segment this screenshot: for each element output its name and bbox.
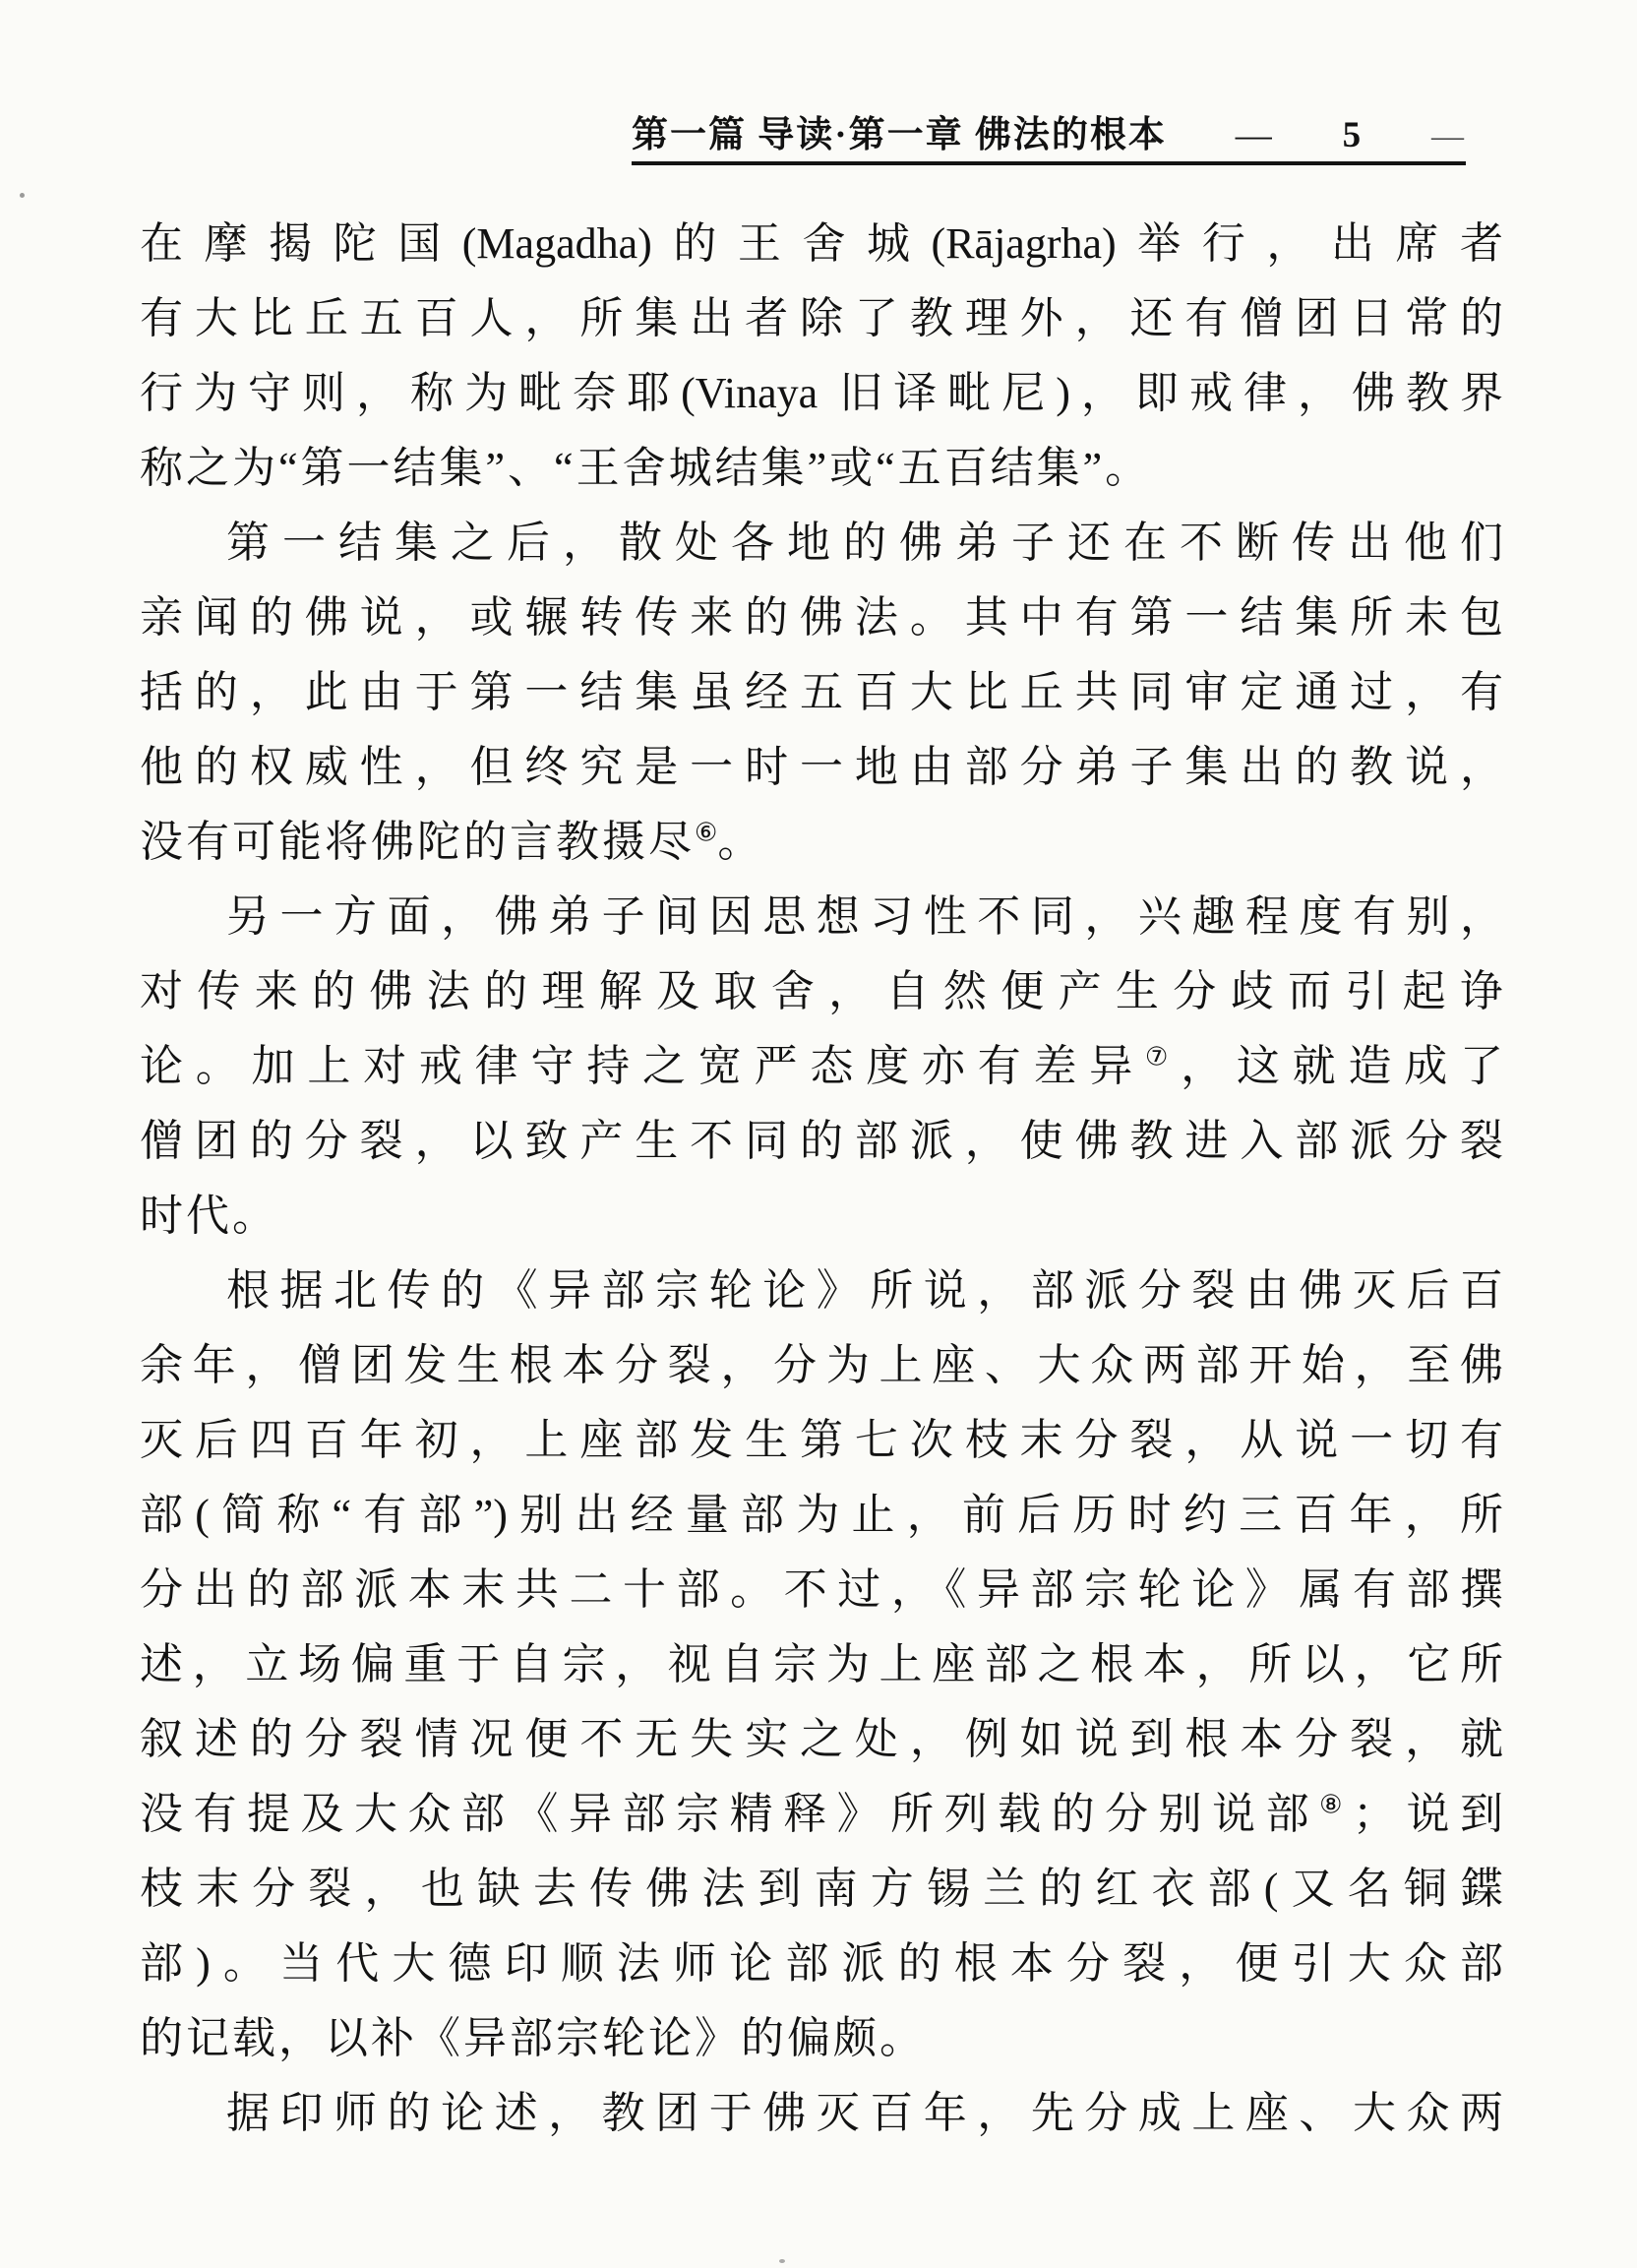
page-number: 5 [1343, 114, 1364, 156]
text-run: 僧团的分裂，以致产生不同的部派，使佛教进入部派分裂 [140, 1117, 1503, 1165]
body-text: 在摩揭陀国(Magadha)的王舍城(Rājagrha)举行，出席者有大比丘五百… [140, 207, 1503, 2151]
text-run: 枝末分裂，也缺去传佛法到南方锡兰的红衣部(又名铜鍱 [140, 1865, 1503, 1913]
text-run: 括的，此由于第一结集虽经五百大比丘共同审定通过，有 [140, 668, 1503, 716]
text-run: 论。加上对戒律守持之宽严态度亦有差异 [140, 1042, 1145, 1090]
text-line: 没有提及大众部《异部宗精释》所列载的分别说部⑧；说到 [140, 1777, 1503, 1852]
footnote-ref: ⑥ [695, 818, 717, 846]
text-run: 没有可能将佛陀的言教摄尽 [140, 818, 695, 866]
scan-artifact-dot [779, 2259, 785, 2263]
text-run: 时代。 [140, 1192, 278, 1240]
text-line: 时代。 [140, 1179, 1503, 1254]
paragraph: 在摩揭陀国(Magadha)的王舍城(Rājagrha)举行，出席者有大比丘五百… [140, 207, 1503, 506]
text-line: 部)。当代大德印顺法师论部派的根本分裂，便引大众部 [140, 1927, 1503, 2001]
text-line: 部(简称“有部”)别出经量部为止，前后历时约三百年，所 [140, 1478, 1503, 1553]
text-run: ，这就造成了 [1181, 1042, 1503, 1090]
text-run: 部(简称“有部”)别出经量部为止，前后历时约三百年，所 [140, 1491, 1503, 1539]
text-line: 称之为“第一结集”、“王舍城结集”或“五百结集”。 [140, 431, 1503, 506]
text-run: 述，立场偏重于自宗，视自宗为上座部之根本，所以，它所 [140, 1640, 1503, 1688]
text-run: 他的权威性，但终究是一时一地由部分弟子集出的教说， [140, 743, 1503, 791]
text-run: ；说到 [1353, 1790, 1503, 1838]
text-line: 亲闻的佛说，或辗转传来的佛法。其中有第一结集所未包 [140, 581, 1503, 655]
text-line: 没有可能将佛陀的言教摄尽⑥。 [140, 805, 1503, 880]
text-run: 部)。当代大德印顺法师论部派的根本分裂，便引大众部 [140, 1939, 1503, 1988]
text-line: 枝末分裂，也缺去传佛法到南方锡兰的红衣部(又名铜鍱 [140, 1852, 1503, 1927]
text-line: 第一结集之后，散处各地的佛弟子还在不断传出他们 [140, 506, 1503, 581]
text-line: 他的权威性，但终究是一时一地由部分弟子集出的教说， [140, 730, 1503, 805]
text-line: 僧团的分裂，以致产生不同的部派，使佛教进入部派分裂 [140, 1104, 1503, 1179]
text-line: 论。加上对戒律守持之宽严态度亦有差异⑦，这就造成了 [140, 1029, 1503, 1104]
text-line: 余年，僧团发生根本分裂，分为上座、大众两部开始，至佛 [140, 1328, 1503, 1403]
text-run: 有大比丘五百人，所集出者除了教理外，还有僧团日常的 [140, 294, 1503, 342]
text-run: 分出的部派本末共二十部。不过，《异部宗轮论》属有部撰 [140, 1565, 1503, 1614]
footnote-ref: ⑧ [1319, 1790, 1353, 1818]
text-line: 括的，此由于第一结集虽经五百大比丘共同审定通过，有 [140, 655, 1503, 730]
text-line: 行为守则，称为毗奈耶(Vinaya 旧译毗尼)，即戒律，佛教界 [140, 356, 1503, 431]
text-line: 另一方面，佛弟子间因思想习性不同，兴趣程度有别， [140, 880, 1503, 954]
header-dash-left: — [1236, 114, 1274, 156]
scan-artifact-dot [20, 193, 25, 198]
text-run: 在摩揭陀国(Magadha)的王舍城(Rājagrha)举行，出席者 [140, 219, 1503, 268]
text-run: 行为守则，称为毗奈耶(Vinaya 旧译毗尼)，即戒律，佛教界 [140, 369, 1503, 417]
text-line: 述，立场偏重于自宗，视自宗为上座部之根本，所以，它所 [140, 1627, 1503, 1702]
text-run: 另一方面，佛弟子间因思想习性不同，兴趣程度有别， [226, 892, 1503, 941]
text-run: 据印师的论述，教团于佛灭百年，先分成上座、大众两 [226, 2089, 1503, 2137]
text-run: 根据北传的《异部宗轮论》所说，部派分裂由佛灭后百 [226, 1266, 1503, 1315]
text-run: 的记载，以补《异部宗轮论》的偏颇。 [140, 2014, 926, 2062]
paragraph: 根据北传的《异部宗轮论》所说，部派分裂由佛灭后百余年，僧团发生根本分裂，分为上座… [140, 1254, 1503, 2076]
text-run: 对传来的佛法的理解及取舍，自然便产生分歧而引起诤 [140, 967, 1503, 1015]
paragraph: 第一结集之后，散处各地的佛弟子还在不断传出他们亲闻的佛说，或辗转传来的佛法。其中… [140, 506, 1503, 880]
text-line: 有大比丘五百人，所集出者除了教理外，还有僧团日常的 [140, 281, 1503, 356]
text-line: 据印师的论述，教团于佛灭百年，先分成上座、大众两 [140, 2076, 1503, 2151]
text-run: 称之为“第一结集”、“王舍城结集”或“五百结集”。 [140, 444, 1151, 492]
running-header: 第一篇 导读·第一章 佛法的根本 — 5 — [632, 104, 1466, 157]
text-line: 分出的部派本末共二十部。不过，《异部宗轮论》属有部撰 [140, 1553, 1503, 1627]
text-run: 第一结集之后，散处各地的佛弟子还在不断传出他们 [226, 519, 1503, 567]
text-run: 。 [717, 818, 763, 866]
text-line: 对传来的佛法的理解及取舍，自然便产生分歧而引起诤 [140, 954, 1503, 1029]
text-line: 根据北传的《异部宗轮论》所说，部派分裂由佛灭后百 [140, 1254, 1503, 1328]
text-line: 叙述的分裂情况便不无失实之处，例如说到根本分裂，就 [140, 1702, 1503, 1777]
header-rule [632, 161, 1466, 165]
text-line: 灭后四百年初，上座部发生第七次枝末分裂，从说一切有 [140, 1403, 1503, 1478]
text-run: 灭后四百年初，上座部发生第七次枝末分裂，从说一切有 [140, 1416, 1503, 1464]
paragraph: 据印师的论述，教团于佛灭百年，先分成上座、大众两 [140, 2076, 1503, 2151]
running-header-title: 第一篇 导读·第一章 佛法的根本 [632, 104, 1167, 157]
text-run: 亲闻的佛说，或辗转传来的佛法。其中有第一结集所未包 [140, 593, 1503, 642]
paragraph: 另一方面，佛弟子间因思想习性不同，兴趣程度有别，对传来的佛法的理解及取舍，自然便… [140, 880, 1503, 1254]
text-run: 没有提及大众部《异部宗精释》所列载的分别说部 [140, 1790, 1319, 1838]
footnote-ref: ⑦ [1145, 1042, 1181, 1071]
text-line: 在摩揭陀国(Magadha)的王舍城(Rājagrha)举行，出席者 [140, 207, 1503, 281]
text-run: 叙述的分裂情况便不无失实之处，例如说到根本分裂，就 [140, 1715, 1503, 1763]
header-dash-right: — [1431, 119, 1466, 155]
text-line: 的记载，以补《异部宗轮论》的偏颇。 [140, 2001, 1503, 2076]
text-run: 余年，僧团发生根本分裂，分为上座、大众两部开始，至佛 [140, 1341, 1503, 1389]
